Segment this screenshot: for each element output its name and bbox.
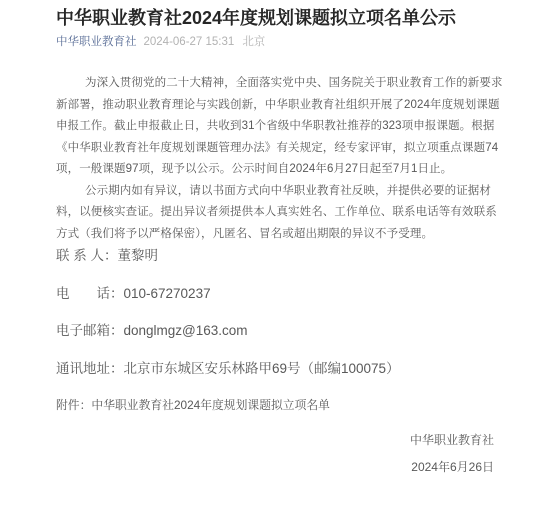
page: { "article": { "title": "中华职业教育社2024年度规划…	[0, 0, 553, 521]
contact-phone: 电 话：010-67270237	[56, 283, 497, 305]
contact-person: 联 系 人：董黎明	[56, 245, 497, 267]
paragraph-intro: 为深入贯彻党的二十大精神，全面落实党中央、国务院关于职业教育工作的新要求新部署，…	[56, 73, 497, 181]
article-body: 为深入贯彻党的二十大精神，全面落实党中央、国务院关于职业教育工作的新要求新部署，…	[56, 73, 497, 479]
publish-datetime: 2024-06-27 15:31	[144, 36, 235, 48]
contact-address: 通讯地址：北京市东城区安乐林路甲69号（邮编100075）	[56, 358, 497, 380]
paragraph-objection-notice: 公示期内如有异议，请以书面方式向中华职业教育社反映，并提供必要的证据材料，以便核…	[56, 181, 497, 246]
byline: 中华职业教育社2024-06-27 15:31北京	[56, 35, 497, 50]
signature-date: 2024年6月26日	[56, 457, 494, 479]
publish-location: 北京	[242, 36, 265, 48]
article-content: 中华职业教育社2024年度规划课题拟立项名单公示 中华职业教育社2024-06-…	[0, 0, 553, 479]
signature-block: 中华职业教育社 2024年6月26日	[56, 430, 497, 479]
signature-org: 中华职业教育社	[56, 430, 494, 452]
contact-email: 电子邮箱：donglmgz@163.com	[56, 320, 497, 342]
attachment-line: 附件：中华职业教育社2024年度规划课题拟立项名单	[56, 395, 497, 417]
account-name-link[interactable]: 中华职业教育社	[56, 36, 137, 48]
article-title: 中华职业教育社2024年度规划课题拟立项名单公示	[56, 7, 497, 30]
